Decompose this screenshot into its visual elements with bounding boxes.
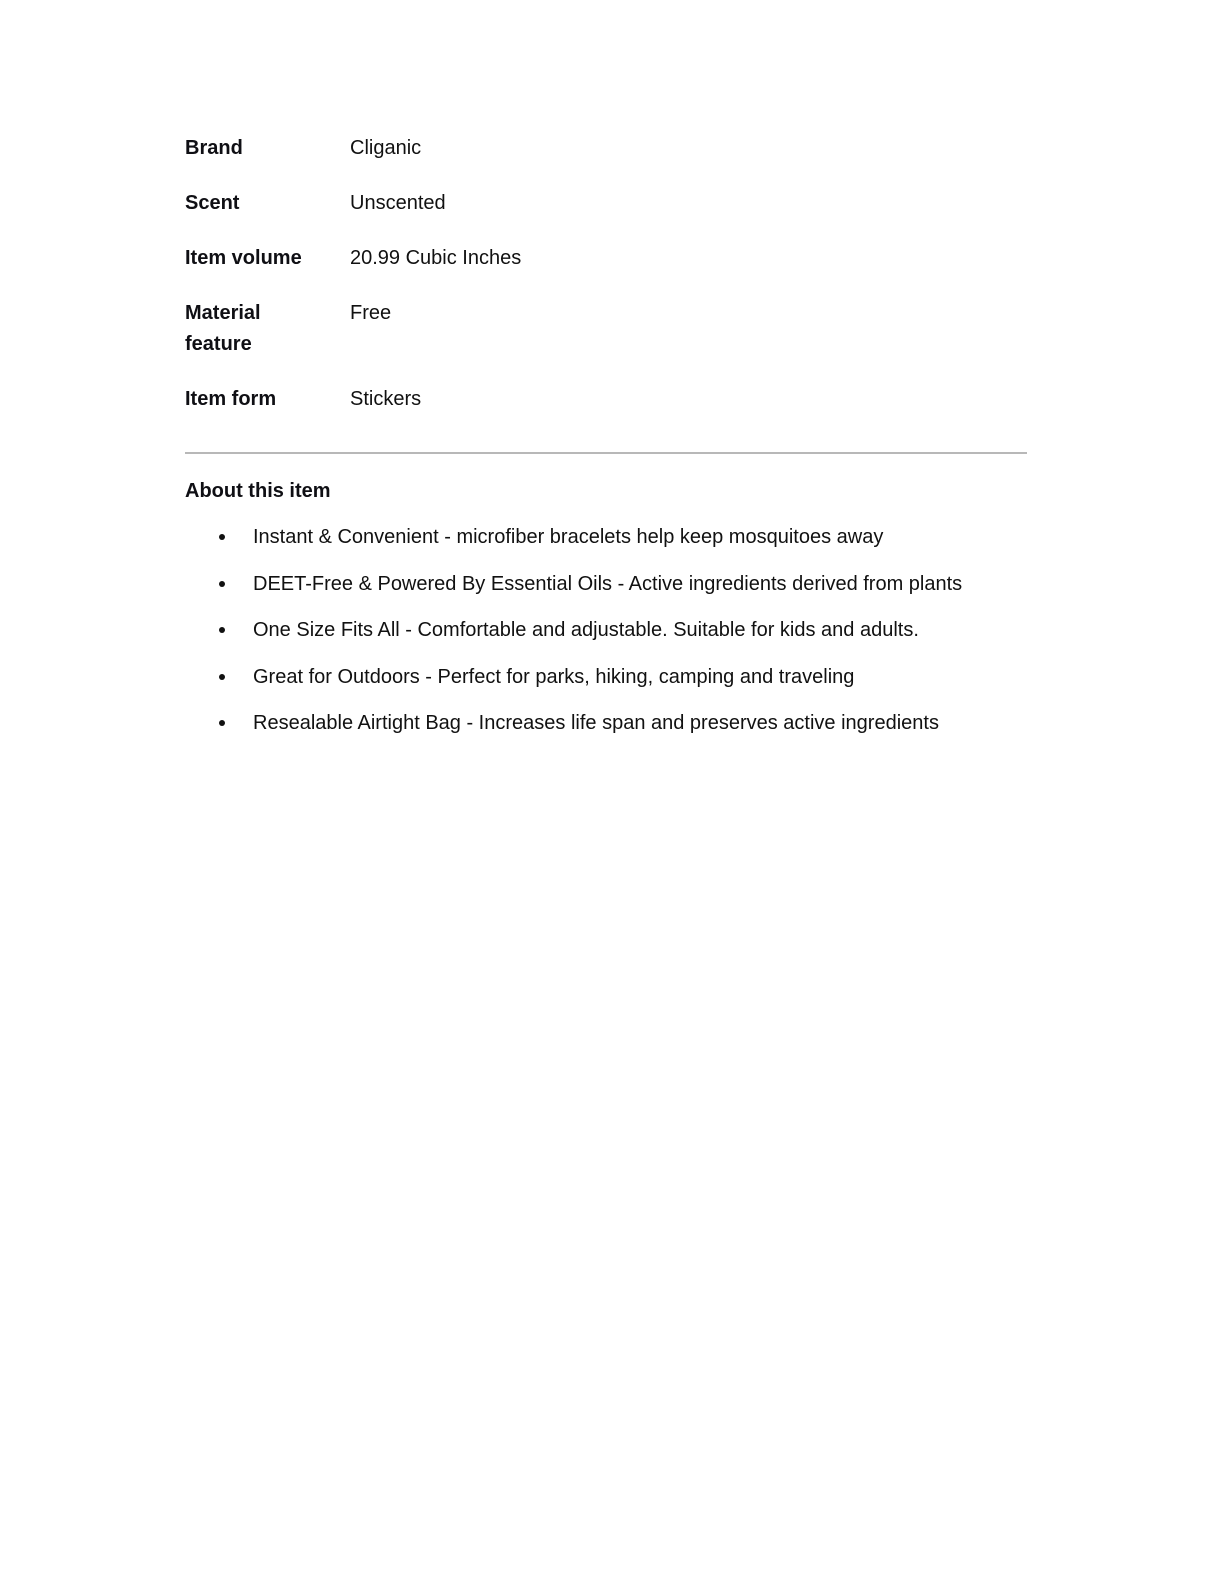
section-divider	[185, 452, 1027, 454]
bullet-icon	[219, 627, 225, 633]
spec-label: Material feature	[185, 298, 295, 360]
spec-value: Stickers	[350, 384, 421, 415]
spec-label: Item form	[185, 384, 335, 415]
about-section-title: About this item	[185, 477, 331, 505]
bullet-icon	[219, 720, 225, 726]
bullet-text: DEET-Free & Powered By Essential Oils - …	[253, 569, 962, 599]
spec-value: Cliganic	[350, 133, 421, 164]
bullet-text: Instant & Convenient - microfiber bracel…	[253, 522, 883, 552]
spec-value: Free	[350, 298, 391, 329]
bullet-icon	[219, 581, 225, 587]
spec-value: 20.99 Cubic Inches	[350, 243, 521, 274]
bullet-icon	[219, 674, 225, 680]
bullet-icon	[219, 534, 225, 540]
bullet-text: One Size Fits All - Comfortable and adju…	[253, 615, 919, 645]
spec-label: Item volume	[185, 243, 335, 274]
spec-value: Unscented	[350, 188, 446, 219]
spec-label: Scent	[185, 188, 335, 219]
bullet-text: Resealable Airtight Bag - Increases life…	[253, 708, 939, 738]
spec-label: Brand	[185, 133, 335, 164]
bullet-text: Great for Outdoors - Perfect for parks, …	[253, 662, 854, 692]
